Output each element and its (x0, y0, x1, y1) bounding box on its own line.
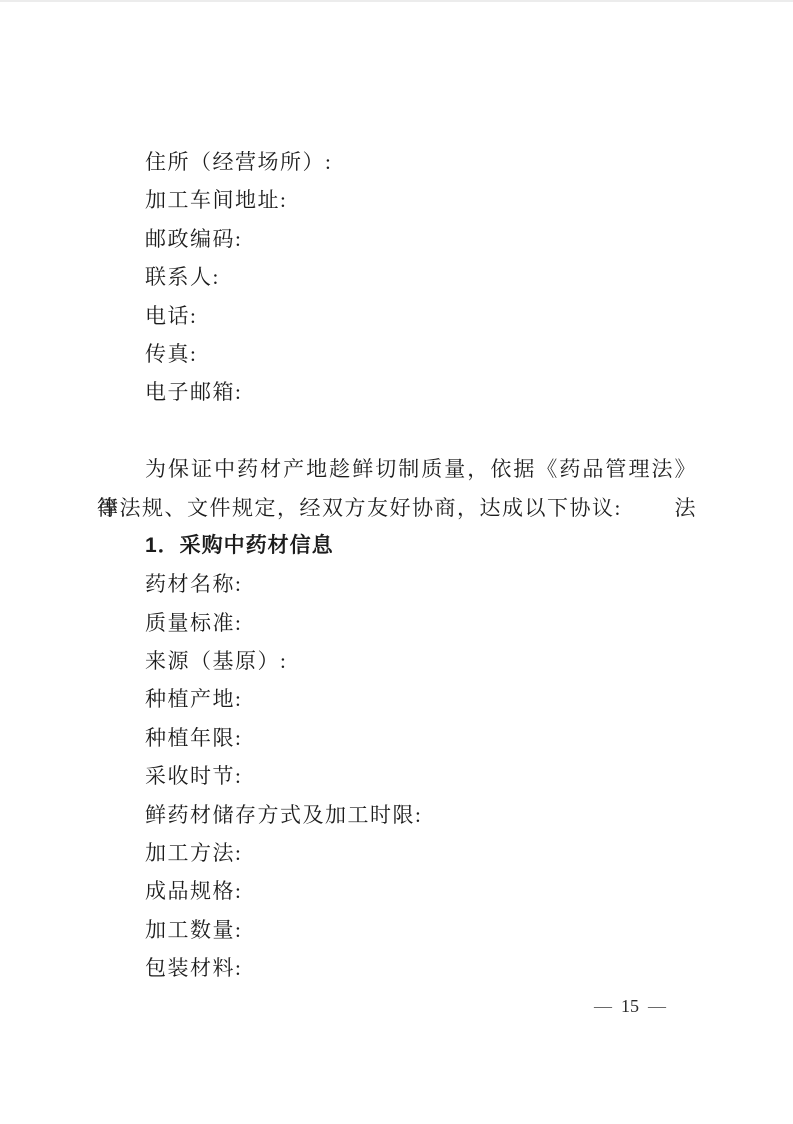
field-planting-years: 种植年限: (97, 719, 697, 757)
field-storage-and-processing-time: 鲜药材储存方式及加工时限: (97, 796, 697, 834)
field-email: 电子邮箱: (97, 373, 697, 411)
field-packaging-material: 包装材料: (97, 949, 697, 987)
field-fax: 传真: (97, 335, 697, 373)
field-planting-area: 种植产地: (97, 680, 697, 718)
page-number-footer: — 15 — (594, 996, 666, 1017)
field-processing-method: 加工方法: (97, 834, 697, 872)
field-harvest-season: 采收时节: (97, 757, 697, 795)
field-quality-standard: 质量标准: (97, 604, 697, 642)
document-page: 住所（经营场所）: 加工车间地址: 邮政编码: 联系人: 电话: 传真: 电子邮… (0, 0, 793, 1124)
field-postal-code: 邮政编码: (97, 220, 697, 258)
footer-right-dash: — (648, 996, 666, 1017)
intro-paragraph-line-1: 为保证中药材产地趁鲜切制质量，依据《药品管理法》等法 (97, 450, 697, 488)
document-body: 住所（经营场所）: 加工车间地址: 邮政编码: 联系人: 电话: 传真: 电子邮… (97, 143, 697, 988)
field-finished-product-spec: 成品规格: (97, 872, 697, 910)
intro-paragraph-line-2: 律法规、文件规定，经双方友好协商，达成以下协议: (97, 489, 697, 527)
field-source-origin: 来源（基原）: (97, 642, 697, 680)
field-workshop-address: 加工车间地址: (97, 181, 697, 219)
field-processing-quantity: 加工数量: (97, 911, 697, 949)
section-heading-purchase-info: 1．采购中药材信息 (97, 527, 697, 565)
page-number: 15 (621, 996, 639, 1017)
field-contact-person: 联系人: (97, 258, 697, 296)
blank-line (97, 412, 697, 450)
field-phone: 电话: (97, 297, 697, 335)
field-material-name: 药材名称: (97, 565, 697, 603)
field-residence: 住所（经营场所）: (97, 143, 697, 181)
footer-left-dash: — (594, 996, 612, 1017)
